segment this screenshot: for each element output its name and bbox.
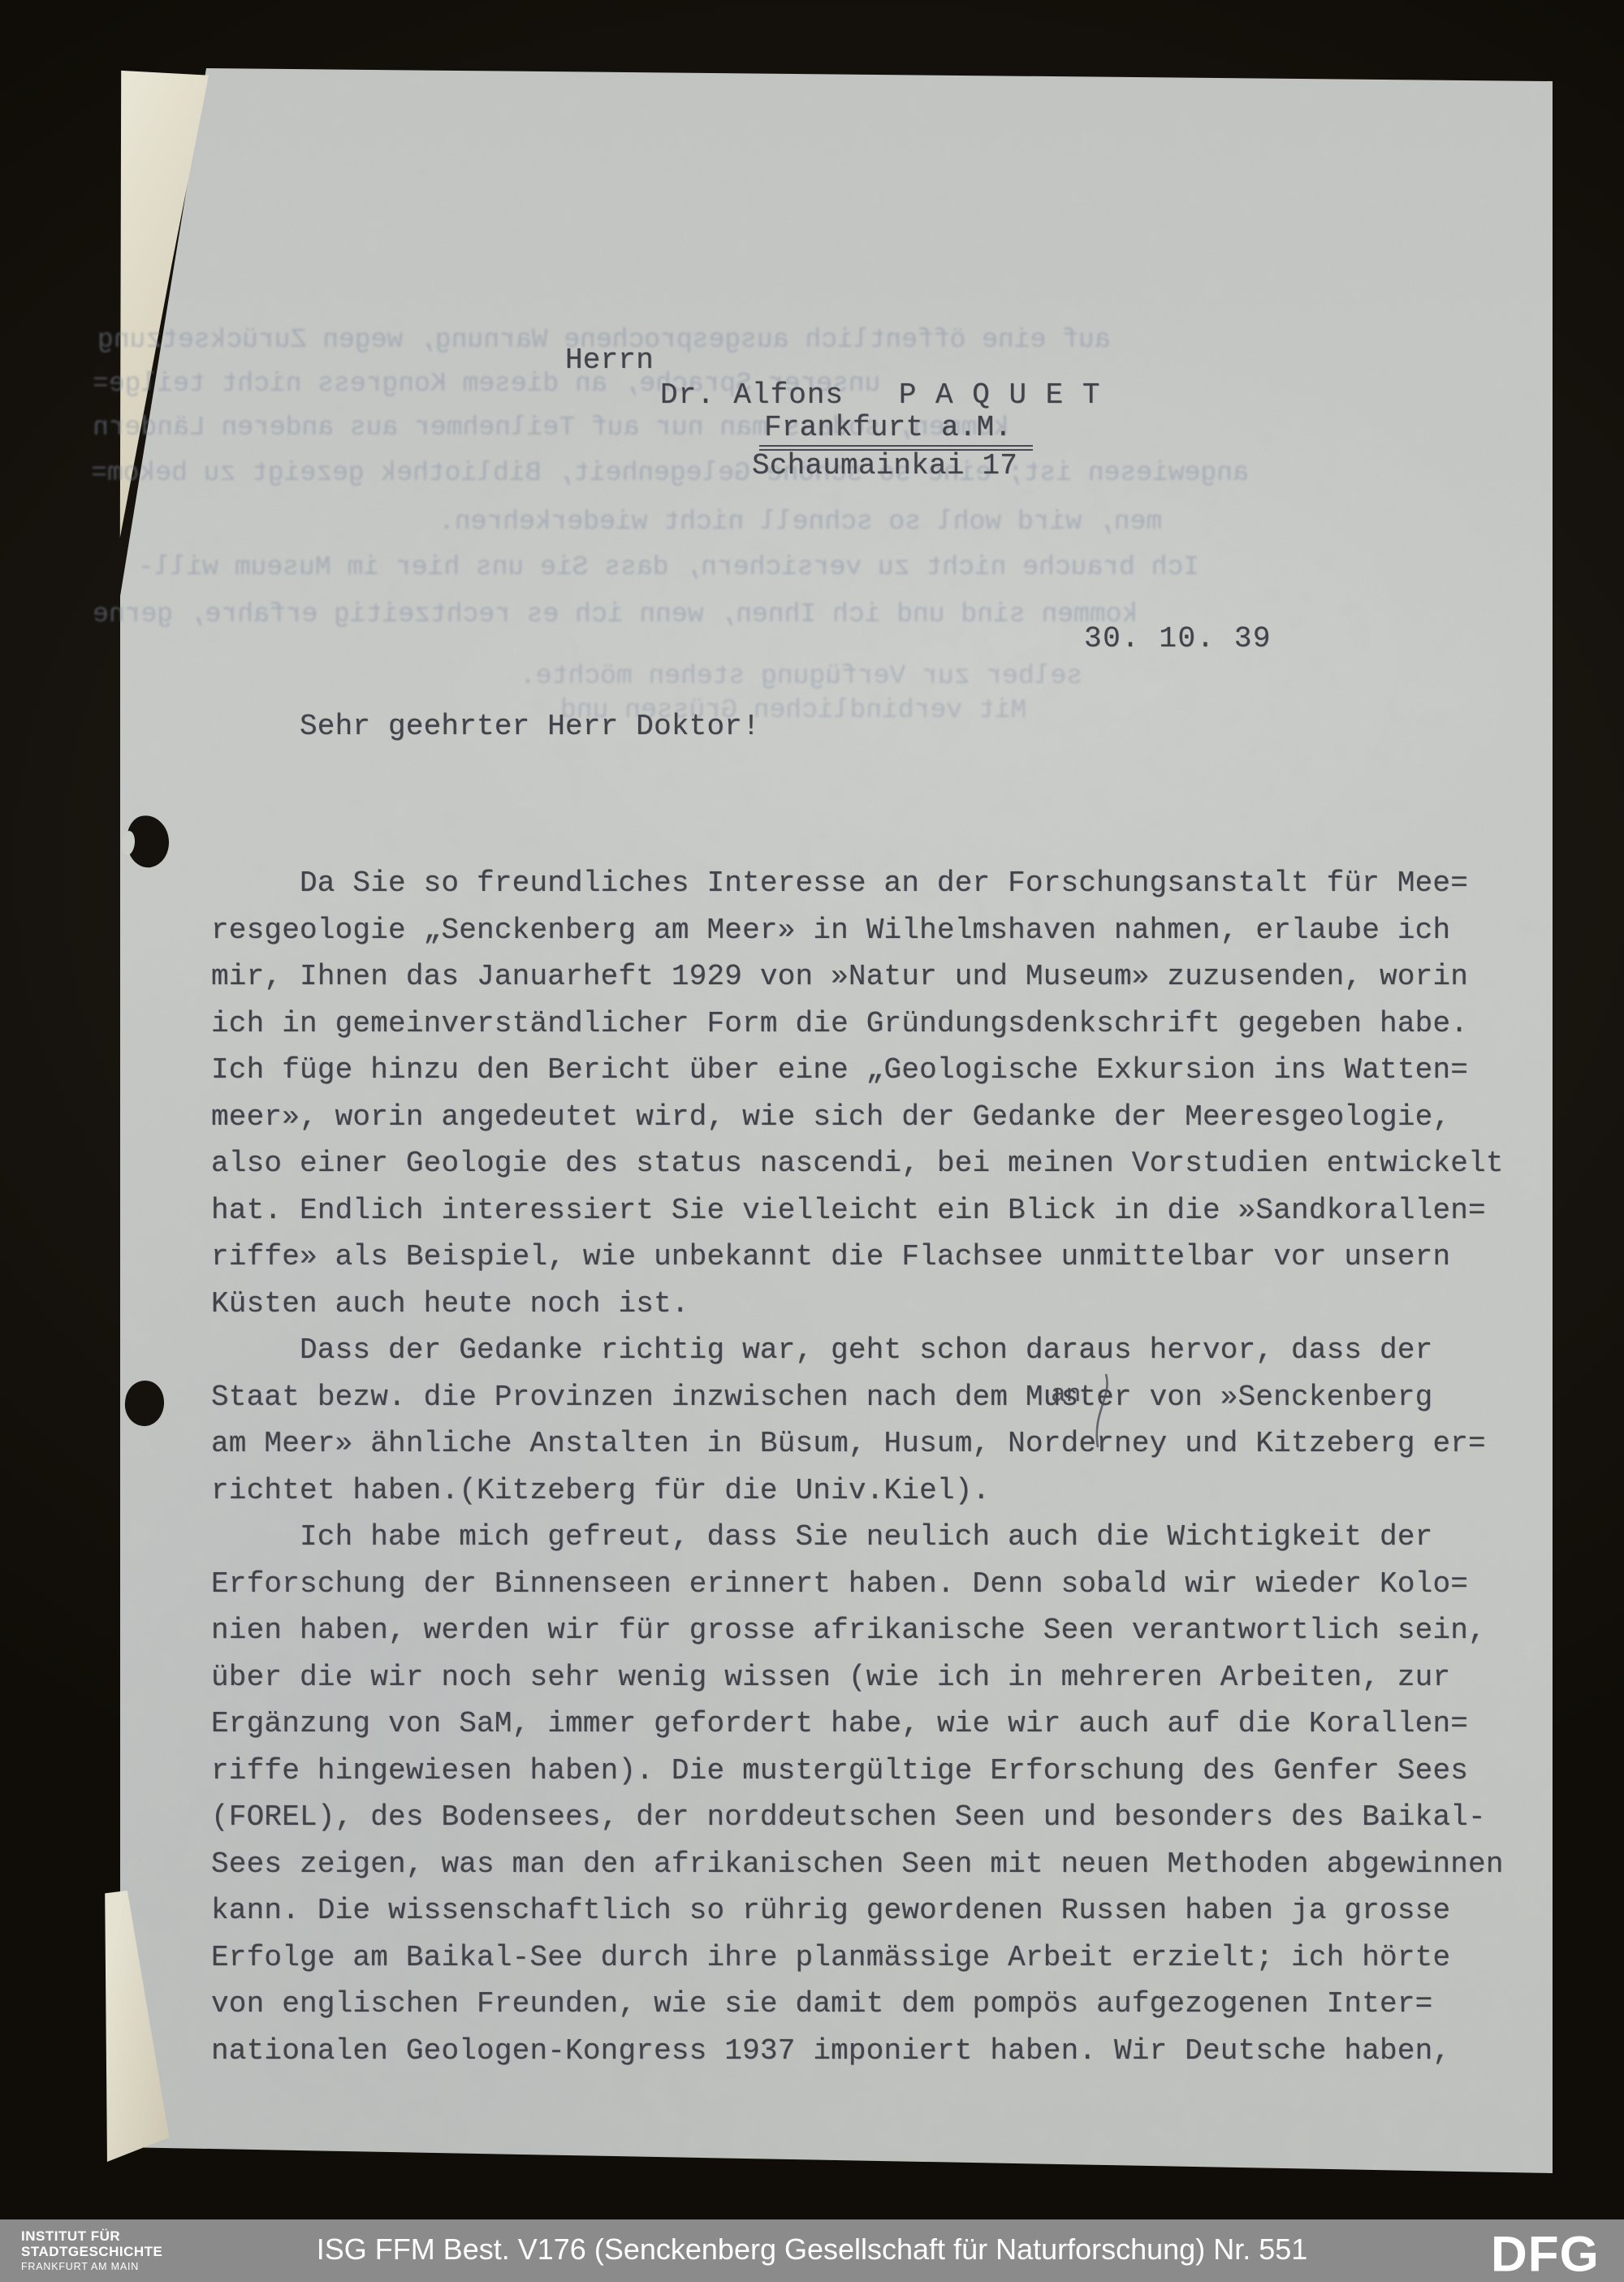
body-line: Staat bezw. die Provinzen inzwischen nac… (211, 1374, 1559, 1421)
recipient-street: Schaumainkai 17 (752, 452, 1017, 481)
body-line: am Meer» ähnliche Anstalten in Büsum, Hu… (211, 1420, 1559, 1467)
body-line: meer», worin angedeutet wird, wie sich d… (211, 1094, 1559, 1141)
body-line: riffe» als Beispiel, wie unbekannt die F… (211, 1234, 1559, 1281)
institute-line: INSTITUT FÜR (21, 2228, 162, 2244)
body-line: riffe hingewiesen haben). Die mustergült… (211, 1748, 1559, 1795)
ghost-line: selber zur Verfügung stehen möchte. (520, 663, 1082, 689)
body-line: ich in gemeinverständlicher Form die Grü… (211, 1001, 1559, 1048)
body-line: hat. Endlich interessiert Sie vielleicht… (211, 1187, 1559, 1234)
body-line: über die wir noch sehr wenig wissen (wie… (211, 1654, 1559, 1701)
salutation: Sehr geehrter Herr Doktor! (300, 710, 760, 743)
body-line: also einer Geologie des status nascendi,… (211, 1140, 1559, 1187)
recipient-city-underlined: Frankfurt a.M. (759, 413, 1033, 451)
body-line: Erfolge am Baikal-See durch ihre planmäs… (211, 1934, 1559, 1982)
letter-body: Da Sie so freundliches Interesse an der … (211, 767, 1559, 2074)
body-line: von englischen Freunden, wie sie damit d… (211, 1981, 1559, 2028)
body-line: nationalen Geologen-Kongress 1937 imponi… (211, 2028, 1559, 2075)
body-line: Ich habe mich gefreut, dass Sie neulich … (211, 1514, 1559, 1561)
institute-line: STADTGESCHICHTE (21, 2244, 162, 2259)
body-line: Ergänzung von SaM, immer gefordert habe,… (211, 1701, 1559, 1748)
recipient-name: Dr. Alfons P A Q U E T (660, 381, 1100, 410)
body-line: Erforschung der Binnenseen erinnert habe… (211, 1561, 1559, 1608)
dfg-logo: DFG (1491, 2231, 1600, 2280)
body-line: nien haben, werden wir für grosse afrika… (211, 1607, 1559, 1654)
body-line: resgeologie „Senckenberg am Meer» in Wil… (211, 907, 1559, 954)
institute-line: FRANKFURT AM MAIN (21, 2261, 162, 2273)
ghost-line: kommen sind und ich Ihnen, wenn ich es r… (93, 601, 1138, 628)
ghost-line: angewiesen ist; eine so schöne Gelegenhe… (91, 460, 1249, 486)
body-line: Dass der Gedanke richtig war, geht schon… (211, 1327, 1559, 1374)
letter-date: 30. 10. 39 (1084, 622, 1272, 655)
insertion-caret-icon (1088, 1372, 1109, 1450)
scanned-letter-page: { "letter": { "recipient": { "line1": "H… (0, 0, 1624, 2282)
body-line: kann. Die wissenschaftlich so rührig gew… (211, 1887, 1559, 1934)
body-line: mir, Ihnen das Januarheft 1929 von »Natu… (211, 953, 1559, 1001)
institute-logo-text: INSTITUT FÜR STADTGESCHICHTE FRANKFURT A… (21, 2228, 162, 2273)
ghost-line: men, wird wohl so schnell nicht wiederke… (438, 508, 1162, 535)
recipient-line-herrn: Herrn (565, 346, 654, 375)
handwritten-insertion: an (1051, 1381, 1081, 1409)
body-line: Küsten auch heute noch ist. (211, 1281, 1559, 1328)
body-line: richtet haben.(Kitzeberg für die Univ.Ki… (211, 1467, 1559, 1515)
body-line: (FOREL), des Bodensees, der norddeutsche… (211, 1794, 1559, 1841)
ghost-line: Ich brauche nicht zu versichern, dass Si… (138, 554, 1199, 581)
body-line: Da Sie so freundliches Interesse an der … (211, 860, 1559, 907)
archive-reference: ISG FFM Best. V176 (Senckenberg Gesellsc… (317, 2235, 1308, 2264)
recipient-city: Frankfurt a.M. (764, 413, 1033, 451)
body-line: Sees zeigen, was man den afrikanischen S… (211, 1841, 1559, 1888)
body-line: Ich füge hinzu den Bericht über eine „Ge… (211, 1047, 1559, 1094)
